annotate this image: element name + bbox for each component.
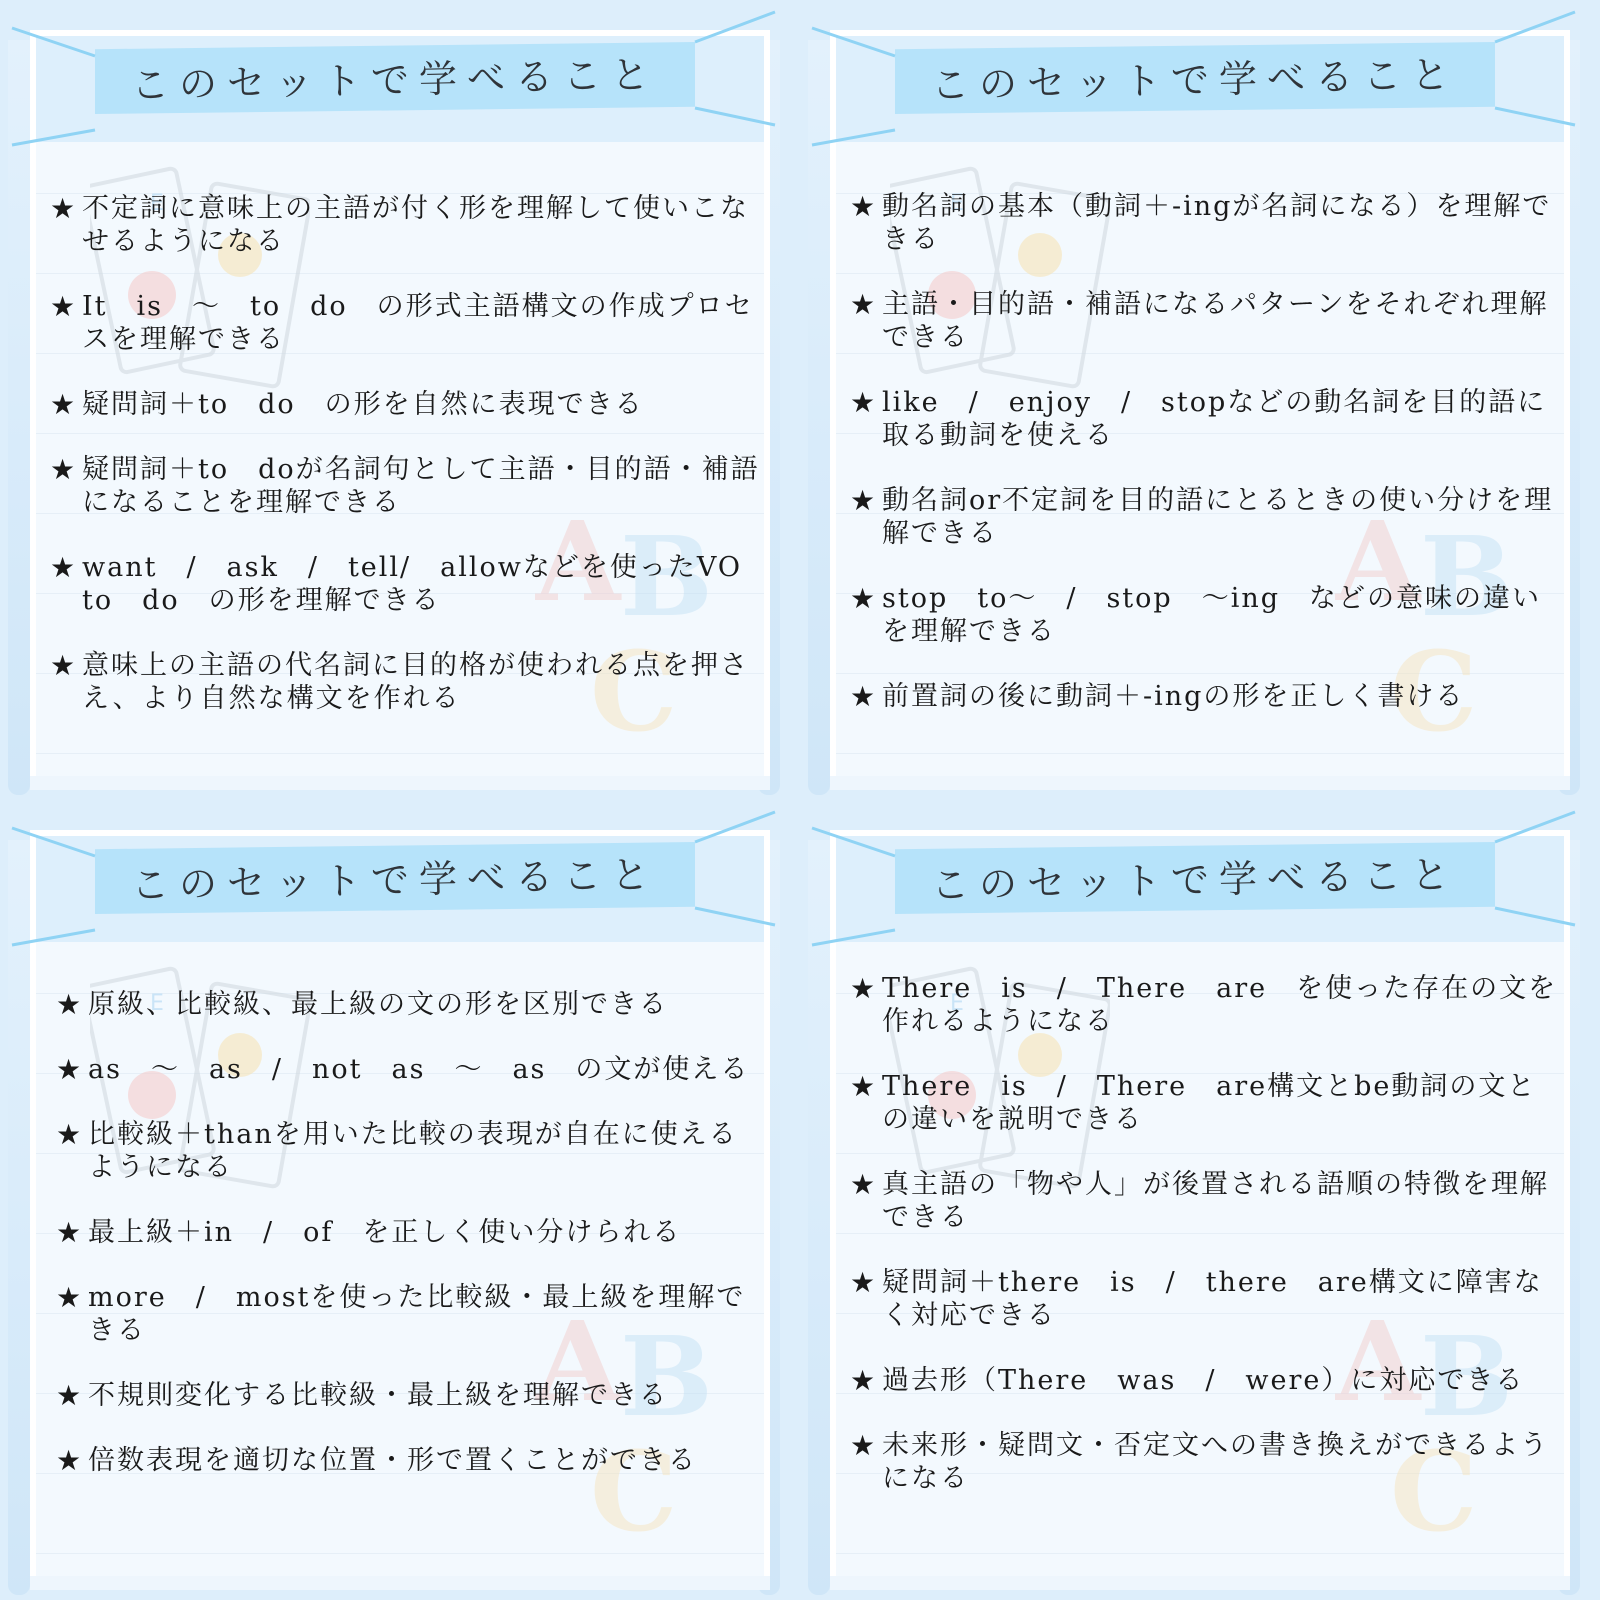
frame-pillar xyxy=(808,40,830,795)
list-item: ★過去形（There was / were）に対応できる xyxy=(850,1364,1564,1397)
list-item: ★比較級＋thanを用いた比較の表現が自在に使えるようになる xyxy=(56,1118,764,1184)
list-item: ★want / ask / tell/ allowなどを使ったVO to do … xyxy=(50,551,764,617)
list-item: ★疑問詞＋to do の形を自然に表現できる xyxy=(50,388,764,421)
star-icon: ★ xyxy=(50,290,77,323)
list-item: ★疑問詞＋to doが名詞句として主語・目的語・補語になることを理解できる xyxy=(50,453,764,519)
star-icon: ★ xyxy=(850,1429,877,1462)
list-item: ★like / enjoy / stopなどの動名詞を目的語に取る動詞を使える xyxy=(850,386,1564,452)
list-item: ★不規則変化する比較級・最上級を理解できる xyxy=(56,1379,764,1412)
star-icon: ★ xyxy=(56,988,83,1021)
list-item: ★意味上の主語の代名詞に目的格が使われる点を押さえ、より自然な構文を作れる xyxy=(50,649,764,715)
list-item: ★最上級＋in / of を正しく使い分けられる xyxy=(56,1216,764,1249)
panel-there-is: このセットで学べること E A B C ★There is / There ar… xyxy=(800,800,1600,1600)
star-icon: ★ xyxy=(56,1216,83,1249)
list-item: ★stop to～ / stop ～ing などの意味の違いを理解できる xyxy=(850,582,1564,648)
frame-pillar xyxy=(8,40,30,795)
star-icon: ★ xyxy=(56,1118,83,1151)
learning-list: ★動名詞の基本（動詞＋-ingが名詞になる）を理解できる ★主語・目的語・補語に… xyxy=(850,190,1564,745)
star-icon: ★ xyxy=(50,388,77,421)
star-icon: ★ xyxy=(56,1281,83,1314)
panel-comparison: このセットで学べること E A B C ★原級、比較級、最上級の文の形を区別でき… xyxy=(0,800,800,1600)
star-icon: ★ xyxy=(850,484,877,517)
list-item: ★主語・目的語・補語になるパターンをそれぞれ理解できる xyxy=(850,288,1564,354)
frame-pillar xyxy=(808,840,830,1595)
list-item: ★疑問詞＋there is / there are構文に障害なく対応できる xyxy=(850,1266,1564,1332)
list-item: ★前置詞の後に動詞＋-ingの形を正しく書ける xyxy=(850,680,1564,713)
list-item: ★There is / There are構文とbe動詞の文との違いを説明できる xyxy=(850,1070,1564,1136)
frame-pillar xyxy=(8,840,30,1595)
card-bottom-edge xyxy=(830,776,1570,790)
list-item: ★more / mostを使った比較級・最上級を理解できる xyxy=(56,1281,764,1347)
star-icon: ★ xyxy=(50,192,77,225)
list-item: ★不定詞に意味上の主語が付く形を理解して使いこなせるようになる xyxy=(50,192,764,258)
list-item: ★動名詞の基本（動詞＋-ingが名詞になる）を理解できる xyxy=(850,190,1564,256)
list-item: ★倍数表現を適切な位置・形で置くことができる xyxy=(56,1444,764,1477)
panel-gerund: このセットで学べること E A B C ★動名詞の基本（動詞＋-ingが名詞にな… xyxy=(800,0,1600,800)
star-icon: ★ xyxy=(50,649,77,682)
star-icon: ★ xyxy=(850,1070,877,1103)
list-item: ★真主語の「物や人」が後置される語順の特徴を理解できる xyxy=(850,1168,1564,1234)
star-icon: ★ xyxy=(850,972,877,1005)
list-item: ★There is / There are を使った存在の文を作れるようになる xyxy=(850,972,1564,1038)
star-icon: ★ xyxy=(850,1168,877,1201)
star-icon: ★ xyxy=(56,1379,83,1412)
star-icon: ★ xyxy=(50,551,77,584)
list-item: ★as ～ as / not as ～ as の文が使える xyxy=(56,1053,764,1086)
star-icon: ★ xyxy=(850,1266,877,1299)
list-item: ★It is ～ to do の形式主語構文の作成プロセスを理解できる xyxy=(50,290,764,356)
list-item: ★動名詞or不定詞を目的語にとるときの使い分けを理解できる xyxy=(850,484,1564,550)
star-icon: ★ xyxy=(850,1364,877,1397)
card-bottom-edge xyxy=(30,1576,770,1590)
star-icon: ★ xyxy=(850,582,877,615)
card-bottom-edge xyxy=(830,1576,1570,1590)
panel-grid: このセットで学べること E A B C ★不定詞に意味上の主語が付く形を理解して… xyxy=(0,0,1600,1600)
star-icon: ★ xyxy=(56,1444,83,1477)
learning-list: ★There is / There are を使った存在の文を作れるようになる … xyxy=(850,972,1564,1527)
star-icon: ★ xyxy=(850,190,877,223)
star-icon: ★ xyxy=(850,288,877,321)
star-icon: ★ xyxy=(50,453,77,486)
learning-list: ★不定詞に意味上の主語が付く形を理解して使いこなせるようになる ★It is ～… xyxy=(50,192,764,747)
star-icon: ★ xyxy=(56,1053,83,1086)
star-icon: ★ xyxy=(850,680,877,713)
learning-list: ★原級、比較級、最上級の文の形を区別できる ★as ～ as / not as … xyxy=(56,988,764,1509)
star-icon: ★ xyxy=(850,386,877,419)
card-bottom-edge xyxy=(30,776,770,790)
list-item: ★未来形・疑問文・否定文への書き換えができるようになる xyxy=(850,1429,1564,1495)
panel-infinitive: このセットで学べること E A B C ★不定詞に意味上の主語が付く形を理解して… xyxy=(0,0,800,800)
list-item: ★原級、比較級、最上級の文の形を区別できる xyxy=(56,988,764,1021)
